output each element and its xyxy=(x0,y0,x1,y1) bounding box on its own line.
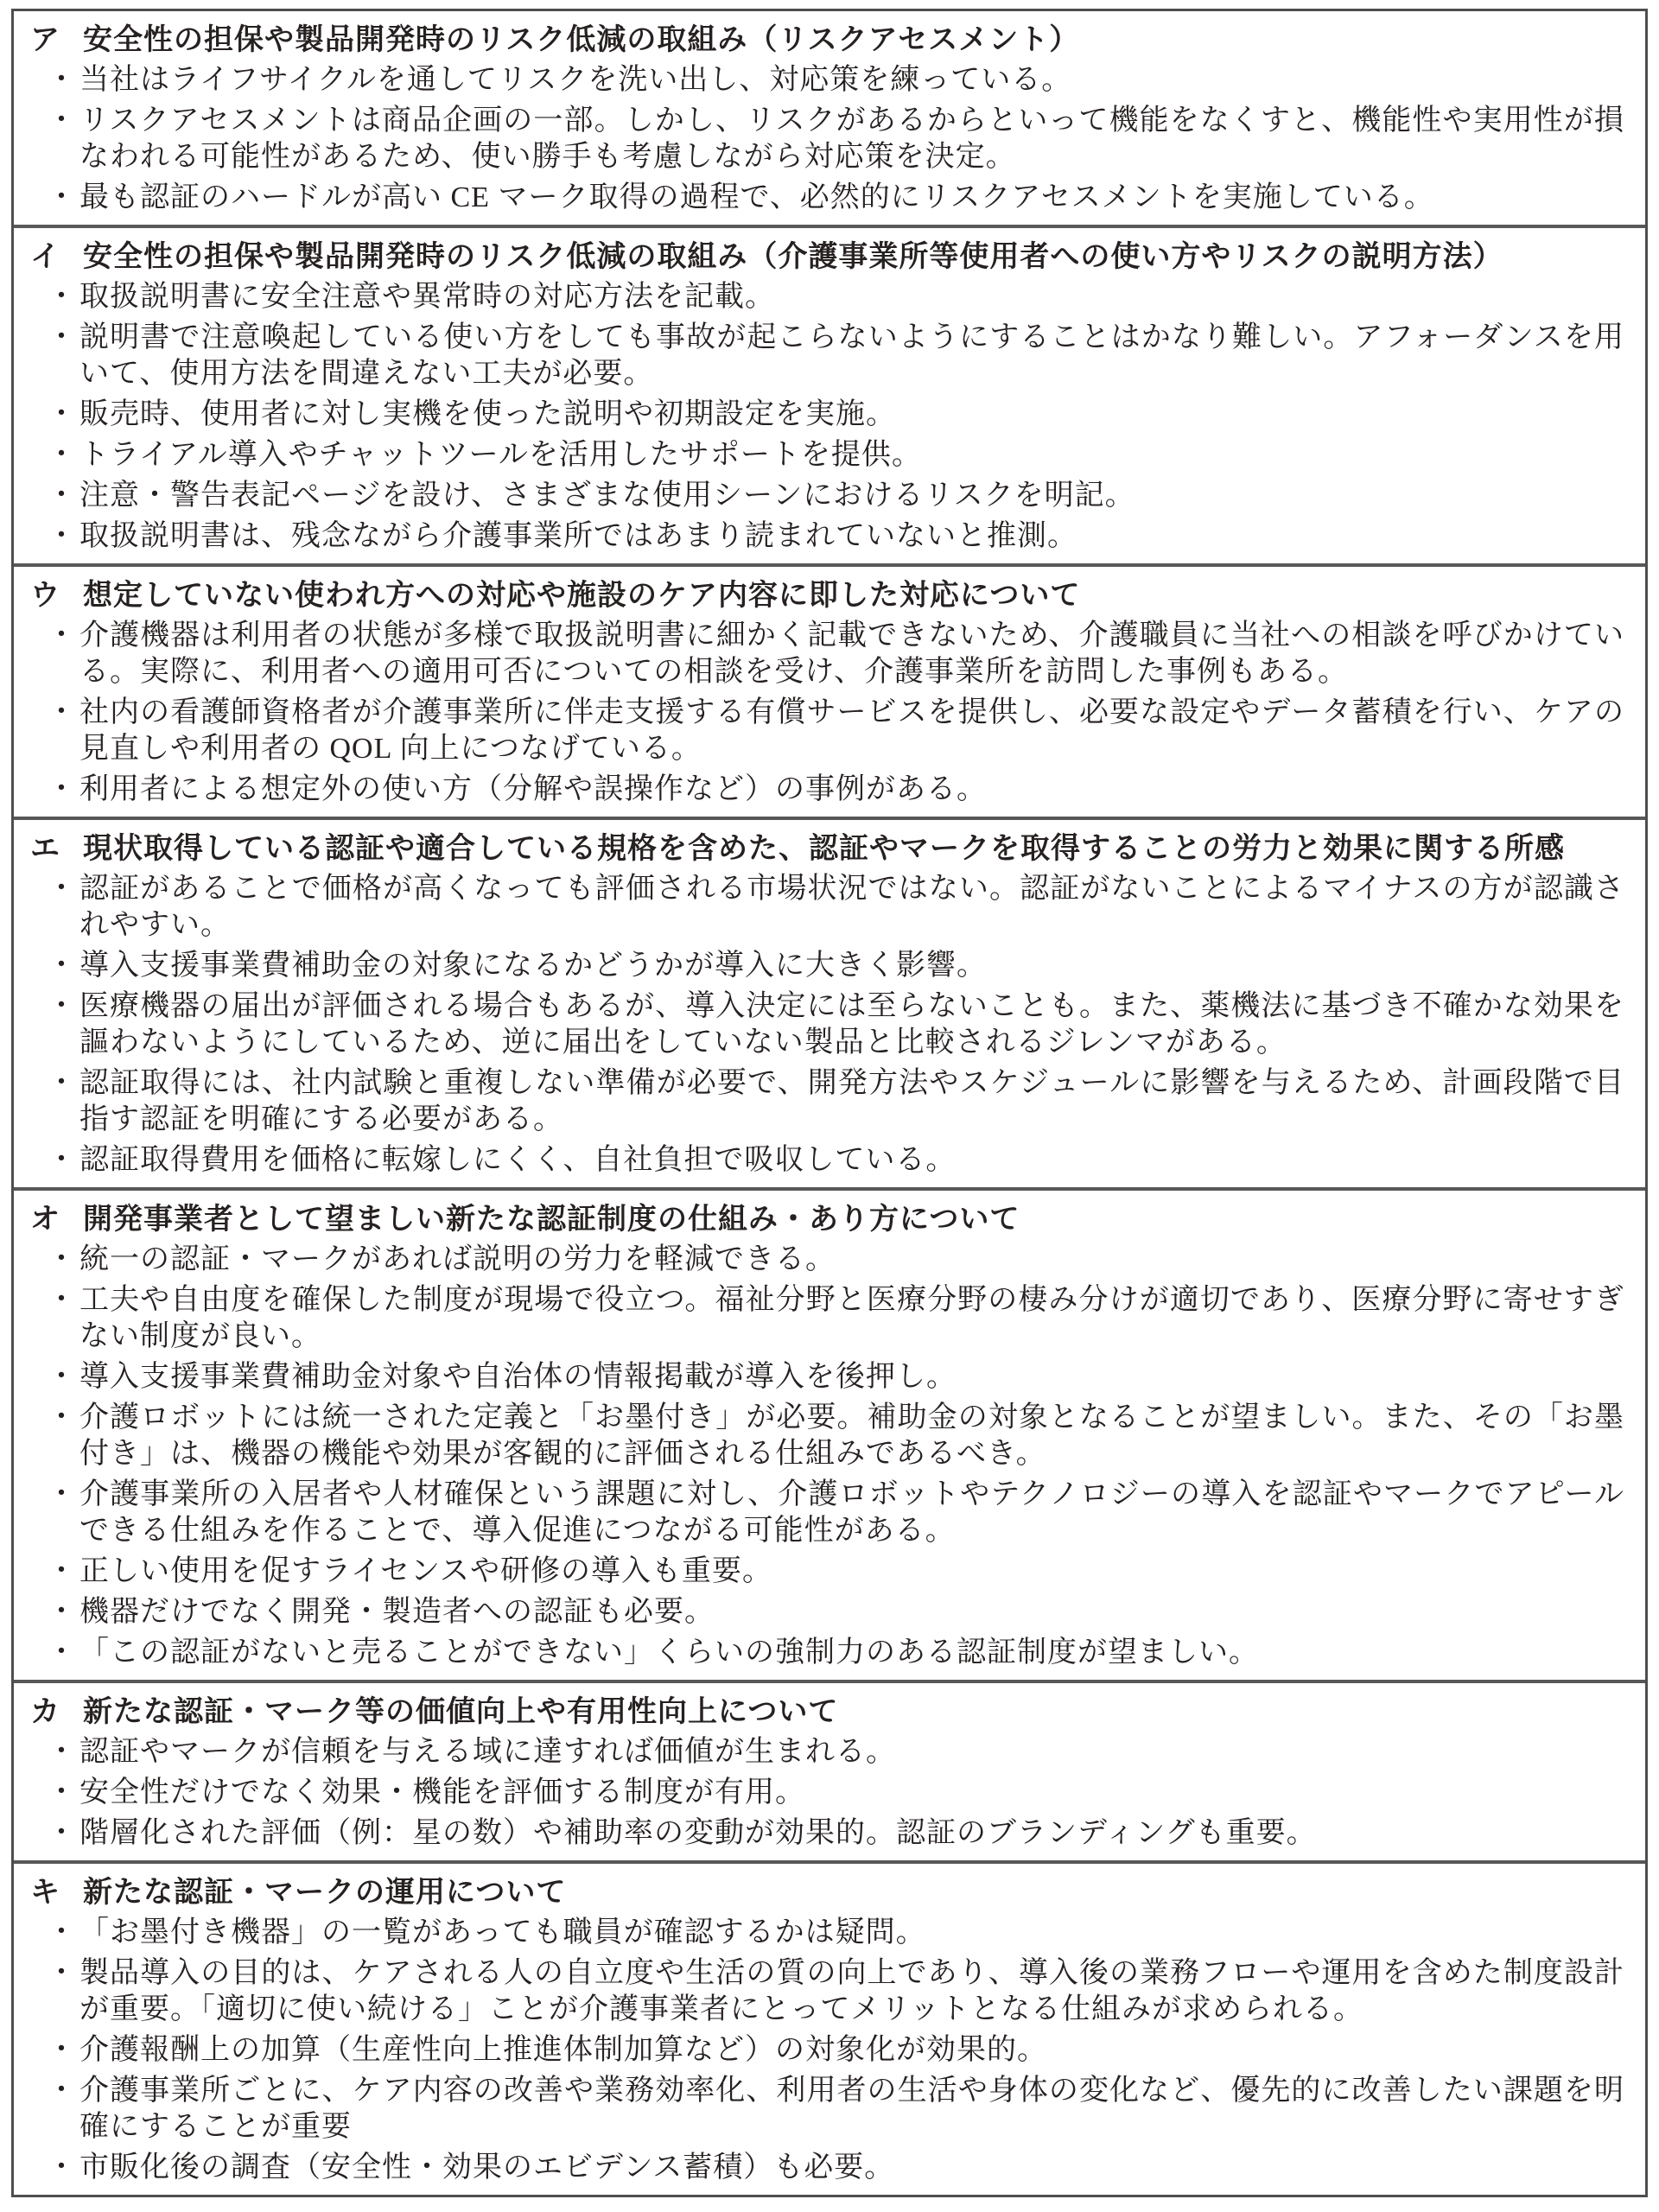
section-heading: ウ想定していない使われ方への対応や施設のケア内容に即した対応について xyxy=(14,577,1624,613)
bullet-item: ・認証やマークが信頼を与える域に達すれば価値が生まれる。 xyxy=(14,1734,1624,1770)
bullet-text: 認証取得費用を価格に転嫁しにくく、自社負担で吸収している。 xyxy=(79,1144,956,1176)
section-row-オ: オ開発事業者として望ましい新たな認証制度の仕組み・あり方について・統一の認証・マ… xyxy=(14,1187,1645,1680)
section-label: オ xyxy=(30,1201,60,1237)
bullet-marker: ・ xyxy=(47,871,79,907)
bullet-marker: ・ xyxy=(47,1955,79,1992)
bullet-marker: ・ xyxy=(47,62,79,99)
bullet-marker: ・ xyxy=(47,988,79,1025)
section-row-ア: ア安全性の担保や製品開発時のリスク低減の取組み（リスクアセスメント）・当社はライ… xyxy=(14,11,1645,225)
bullet-item: ・認証があることで価格が高くなっても評価される市場状況ではない。認証がないことに… xyxy=(14,871,1624,944)
section-row-キ: キ新たな認証・マークの運用について・「お墨付き機器」の一覧があっても職員が確認す… xyxy=(14,1860,1645,2195)
section-label: キ xyxy=(30,1874,60,1910)
bullet-marker: ・ xyxy=(47,1065,79,1102)
bullet-item: ・認証取得には、社内試験と重複しない準備が必要で、開発方法やスケジュールに影響を… xyxy=(14,1065,1624,1138)
bullet-marker: ・ xyxy=(47,1242,79,1278)
section-label: カ xyxy=(30,1694,60,1730)
bullet-marker: ・ xyxy=(47,2073,79,2109)
bullet-marker: ・ xyxy=(47,279,79,315)
bullet-marker: ・ xyxy=(47,1477,79,1513)
bullet-item: ・介護事業所の入居者や人材確保という課題に対し、介護ロボットやテクノロジーの導入… xyxy=(14,1477,1624,1549)
bullet-marker: ・ xyxy=(47,772,79,808)
bullet-item: ・導入支援事業費補助金の対象になるかどうかが導入に大きく影響。 xyxy=(14,948,1624,984)
bullet-text: 介護ロボットには統一された定義と「お墨付き」が必要。補助金の対象となることが望ま… xyxy=(79,1402,1624,1470)
section-title: 開発事業者として望ましい新たな認証制度の仕組み・あり方について xyxy=(83,1201,1020,1237)
bullet-marker: ・ xyxy=(47,948,79,984)
bullet-item: ・介護機器は利用者の状態が多様で取扱説明書に細かく記載できないため、介護職員に当… xyxy=(14,618,1624,690)
section-row-イ: イ安全性の担保や製品開発時のリスク低減の取組み（介護事業所等使用者への使い方やリ… xyxy=(14,225,1645,563)
bullet-text: 利用者による想定外の使い方（分解や誤操作など）の事例がある。 xyxy=(79,773,987,805)
bullet-list: ・統一の認証・マークがあれば説明の労力を軽減できる。・工夫や自由度を確保した制度… xyxy=(14,1242,1624,1671)
bullet-marker: ・ xyxy=(47,1142,79,1179)
bullet-item: ・製品導入の目的は、ケアされる人の自立度や生活の質の向上であり、導入後の業務フロ… xyxy=(14,1955,1624,2028)
section-heading: オ開発事業者として望ましい新たな認証制度の仕組み・あり方について xyxy=(14,1201,1624,1237)
bullet-item: ・当社はライフサイクルを通してリスクを洗い出し、対応策を練っている。 xyxy=(14,62,1624,99)
bullet-marker: ・ xyxy=(47,1775,79,1811)
bullet-item: ・「お墨付き機器」の一覧があっても職員が確認するかは疑問。 xyxy=(14,1915,1624,1951)
bullet-text: 「お墨付き機器」の一覧があっても職員が確認するかは疑問。 xyxy=(79,1916,926,1948)
bullet-item: ・社内の看護師資格者が介護事業所に伴走支援する有償サービスを提供し、必要な設定や… xyxy=(14,695,1624,767)
bullet-text: 認証やマークが信頼を与える域に達すれば価値が生まれる。 xyxy=(79,1736,896,1768)
bullet-marker: ・ xyxy=(47,1359,79,1395)
bullet-text: 導入支援事業費補助金の対象になるかどうかが導入に大きく影響。 xyxy=(79,950,987,982)
bullet-list: ・取扱説明書に安全注意や異常時の対応方法を記載。・説明書で注意喚起している使い方… xyxy=(14,279,1624,555)
bullet-marker: ・ xyxy=(47,2032,79,2069)
bullet-marker: ・ xyxy=(47,618,79,654)
bullet-marker: ・ xyxy=(47,320,79,356)
bullet-item: ・市販化後の調査（安全性・効果のエビデンス蓄積）も必要。 xyxy=(14,2150,1624,2186)
bullet-marker: ・ xyxy=(47,1400,79,1436)
bullet-text: 階層化された評価（例：星の数）や補助率の変動が効果的。認証のブランディングも重要… xyxy=(79,1817,1317,1849)
bullet-item: ・医療機器の届出が評価される場合もあるが、導入決定には至らないことも。また、薬機… xyxy=(14,988,1624,1061)
bullet-text: 安全性だけでなく効果・機能を評価する制度が有用。 xyxy=(79,1777,805,1808)
section-title: 安全性の担保や製品開発時のリスク低減の取組み（介護事業所等使用者への使い方やリス… xyxy=(83,238,1503,275)
bullet-marker: ・ xyxy=(47,437,79,474)
bullet-list: ・認証やマークが信頼を与える域に達すれば価値が生まれる。・安全性だけでなく効果・… xyxy=(14,1734,1624,1852)
bullet-marker: ・ xyxy=(47,103,79,139)
bullet-item: ・取扱説明書に安全注意や異常時の対応方法を記載。 xyxy=(14,279,1624,315)
bullet-item: ・介護ロボットには統一された定義と「お墨付き」が必要。補助金の対象となることが望… xyxy=(14,1400,1624,1472)
section-heading: キ新たな認証・マークの運用について xyxy=(14,1874,1624,1910)
bullet-item: ・介護報酬上の加算（生産性向上推進体制加算など）の対象化が効果的。 xyxy=(14,2032,1624,2069)
bullet-item: ・利用者による想定外の使い方（分解や誤操作など）の事例がある。 xyxy=(14,772,1624,808)
bullet-text: 市販化後の調査（安全性・効果のエビデンス蓄積）も必要。 xyxy=(79,2152,894,2183)
bullet-item: ・説明書で注意喚起している使い方をしても事故が起こらないようにすることはかなり難… xyxy=(14,320,1624,392)
bullet-marker: ・ xyxy=(47,397,79,433)
bullet-list: ・認証があることで価格が高くなっても評価される市場状況ではない。認証がないことに… xyxy=(14,871,1624,1179)
document-table: ア安全性の担保や製品開発時のリスク低減の取組み（リスクアセスメント）・当社はライ… xyxy=(11,9,1648,2197)
bullet-item: ・注意・警告表記ページを設け、さまざまな使用シーンにおけるリスクを明記。 xyxy=(14,478,1624,514)
bullet-text: 取扱説明書に安全注意や異常時の対応方法を記載。 xyxy=(79,281,775,313)
bullet-item: ・導入支援事業費補助金対象や自治体の情報掲載が導入を後押し。 xyxy=(14,1359,1624,1395)
bullet-marker: ・ xyxy=(47,1734,79,1770)
bullet-marker: ・ xyxy=(47,2150,79,2186)
bullet-item: ・安全性だけでなく効果・機能を評価する制度が有用。 xyxy=(14,1775,1624,1811)
bullet-text: 介護事業所の入居者や人材確保という課題に対し、介護ロボットやテクノロジーの導入を… xyxy=(79,1478,1624,1547)
bullet-text: 正しい使用を促すライセンスや研修の導入も重要。 xyxy=(79,1555,772,1587)
bullet-text: 社内の看護師資格者が介護事業所に伴走支援する有償サービスを提供し、必要な設定やデ… xyxy=(79,696,1624,765)
bullet-item: ・「この認証がないと売ることができない」くらいの強制力のある認証制度が望ましい。 xyxy=(14,1635,1624,1671)
bullet-text: 医療機器の届出が評価される場合もあるが、導入決定には至らないことも。また、薬機法… xyxy=(79,990,1624,1058)
bullet-item: ・リスクアセスメントは商品企画の一部。しかし、リスクがあるからといって機能をなく… xyxy=(14,103,1624,175)
bullet-item: ・階層化された評価（例：星の数）や補助率の変動が効果的。認証のブランディングも重… xyxy=(14,1815,1624,1852)
bullet-item: ・最も認証のハードルが高い CE マーク取得の過程で、必然的にリスクアセスメント… xyxy=(14,180,1624,216)
bullet-list: ・介護機器は利用者の状態が多様で取扱説明書に細かく記載できないため、介護職員に当… xyxy=(14,618,1624,808)
bullet-text: リスクアセスメントは商品企画の一部。しかし、リスクがあるからといって機能をなくす… xyxy=(79,105,1624,173)
bullet-marker: ・ xyxy=(47,1282,79,1319)
bullet-marker: ・ xyxy=(47,1554,79,1590)
bullet-text: 認証取得には、社内試験と重複しない準備が必要で、開発方法やスケジュールに影響を与… xyxy=(79,1067,1624,1135)
bullet-marker: ・ xyxy=(47,1815,79,1852)
section-title: 新たな認証・マーク等の価値向上や有用性向上について xyxy=(83,1694,838,1730)
bullet-marker: ・ xyxy=(47,1635,79,1671)
bullet-list: ・「お墨付き機器」の一覧があっても職員が確認するかは疑問。・製品導入の目的は、ケ… xyxy=(14,1915,1624,2186)
bullet-item: ・トライアル導入やチャットツールを活用したサポートを提供。 xyxy=(14,437,1624,474)
section-heading: イ安全性の担保や製品開発時のリスク低減の取組み（介護事業所等使用者への使い方やリ… xyxy=(14,238,1624,275)
bullet-text: 最も認証のハードルが高い CE マーク取得の過程で、必然的にリスクアセスメントを… xyxy=(79,181,1434,213)
bullet-text: 工夫や自由度を確保した制度が現場で役立つ。福祉分野と医療分野の棲み分けが適切であ… xyxy=(79,1284,1624,1352)
bullet-marker: ・ xyxy=(47,695,79,731)
section-title: 想定していない使われ方への対応や施設のケア内容に即した対応について xyxy=(83,577,1080,613)
bullet-text: 統一の認証・マークがあれば説明の労力を軽減できる。 xyxy=(79,1243,836,1275)
section-title: 安全性の担保や製品開発時のリスク低減の取組み（リスクアセスメント） xyxy=(83,22,1079,58)
bullet-item: ・取扱説明書は、残念ながら介護事業所ではあまり読まれていないと推測。 xyxy=(14,518,1624,555)
bullet-text: 取扱説明書は、残念ながら介護事業所ではあまり読まれていないと推測。 xyxy=(79,520,1077,552)
bullet-marker: ・ xyxy=(47,180,79,216)
bullet-marker: ・ xyxy=(47,518,79,555)
section-heading: ア安全性の担保や製品開発時のリスク低減の取組み（リスクアセスメント） xyxy=(14,22,1624,58)
section-heading: エ現状取得している認証や適合している規格を含めた、認証やマークを取得することの労… xyxy=(14,830,1624,867)
bullet-list: ・当社はライフサイクルを通してリスクを洗い出し、対応策を練っている。・リスクアセ… xyxy=(14,62,1624,216)
section-heading: カ新たな認証・マーク等の価値向上や有用性向上について xyxy=(14,1694,1624,1730)
bullet-item: ・認証取得費用を価格に転嫁しにくく、自社負担で吸収している。 xyxy=(14,1142,1624,1179)
bullet-item: ・工夫や自由度を確保した制度が現場で役立つ。福祉分野と医療分野の棲み分けが適切で… xyxy=(14,1282,1624,1355)
section-label: ウ xyxy=(30,577,60,613)
bullet-text: 「この認証がないと売ることができない」くらいの強制力のある認証制度が望ましい。 xyxy=(79,1637,1259,1669)
bullet-item: ・機器だけでなく開発・製造者への認証も必要。 xyxy=(14,1594,1624,1630)
bullet-text: 当社はライフサイクルを通してリスクを洗い出し、対応策を練っている。 xyxy=(79,64,1071,96)
bullet-text: 説明書で注意喚起している使い方をしても事故が起こらないようにすることはかなり難し… xyxy=(79,321,1624,390)
bullet-item: ・正しい使用を促すライセンスや研修の導入も重要。 xyxy=(14,1554,1624,1590)
bullet-marker: ・ xyxy=(47,478,79,514)
section-label: イ xyxy=(30,238,60,275)
section-label: エ xyxy=(30,830,60,867)
section-row-カ: カ新たな認証・マーク等の価値向上や有用性向上について・認証やマークが信頼を与える… xyxy=(14,1680,1645,1860)
bullet-text: 製品導入の目的は、ケアされる人の自立度や生活の質の向上であり、導入後の業務フロー… xyxy=(79,1957,1624,2025)
bullet-text: 介護機器は利用者の状態が多様で取扱説明書に細かく記載できないため、介護職員に当社… xyxy=(79,620,1624,688)
bullet-text: トライアル導入やチャットツールを活用したサポートを提供。 xyxy=(79,439,922,471)
section-row-ウ: ウ想定していない使われ方への対応や施設のケア内容に即した対応について・介護機器は… xyxy=(14,563,1645,817)
bullet-marker: ・ xyxy=(47,1594,79,1630)
bullet-marker: ・ xyxy=(47,1915,79,1951)
section-label: ア xyxy=(30,22,60,58)
bullet-text: 機器だけでなく開発・製造者への認証も必要。 xyxy=(79,1596,715,1628)
bullet-text: 介護事業所ごとに、ケア内容の改善や業務効率化、利用者の生活や身体の変化など、優先… xyxy=(79,2075,1624,2143)
bullet-text: 認証があることで価格が高くなっても評価される市場状況ではない。認証がないことによ… xyxy=(79,873,1624,941)
bullet-text: 介護報酬上の加算（生産性向上推進体制加算など）の対象化が効果的。 xyxy=(79,2034,1047,2066)
bullet-item: ・統一の認証・マークがあれば説明の労力を軽減できる。 xyxy=(14,1242,1624,1278)
section-row-エ: エ現状取得している認証や適合している規格を含めた、認証やマークを取得することの労… xyxy=(14,817,1645,1187)
bullet-item: ・販売時、使用者に対し実機を使った説明や初期設定を実施。 xyxy=(14,397,1624,433)
bullet-text: 導入支援事業費補助金対象や自治体の情報掲載が導入を後押し。 xyxy=(79,1361,957,1393)
bullet-text: 注意・警告表記ページを設け、さまざまな使用シーンにおけるリスクを明記。 xyxy=(79,480,1135,512)
section-title: 新たな認証・マークの運用について xyxy=(83,1874,566,1910)
section-title: 現状取得している認証や適合している規格を含めた、認証やマークを取得することの労力… xyxy=(83,830,1565,867)
bullet-text: 販売時、使用者に対し実機を使った説明や初期設定を実施。 xyxy=(79,398,896,430)
bullet-item: ・介護事業所ごとに、ケア内容の改善や業務効率化、利用者の生活や身体の変化など、優… xyxy=(14,2073,1624,2145)
